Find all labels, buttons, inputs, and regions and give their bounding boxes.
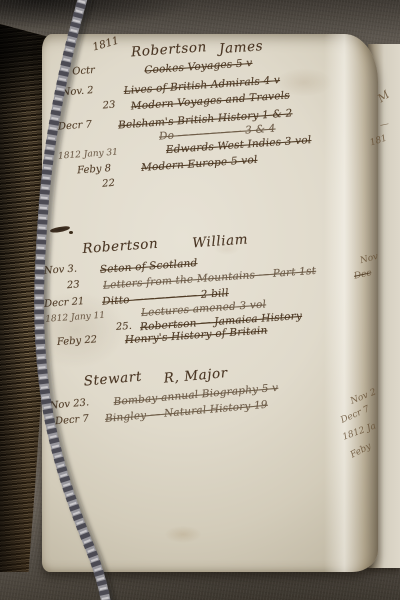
entry-date: Nov 3. bbox=[44, 263, 78, 276]
entry-date: 22 bbox=[102, 178, 115, 190]
entry-date: Feby 8 bbox=[77, 163, 112, 176]
section-header-given-name: William bbox=[192, 231, 249, 251]
section-header-given-name: James bbox=[218, 38, 263, 57]
entry-title: Modern Europe 5 vol bbox=[141, 154, 258, 174]
entry-date: Octr bbox=[72, 65, 95, 78]
entry-date: 1812 Jany 31 bbox=[58, 148, 118, 162]
ledger-section-robertson-william: Robertson William Nov 3. Seton of Scotla… bbox=[40, 222, 367, 354]
entry-date: 25. bbox=[116, 321, 133, 333]
entry-date: 1812 Jany 11 bbox=[45, 311, 105, 325]
ink-dot bbox=[69, 231, 73, 234]
facing-page-fragment: — bbox=[379, 119, 390, 131]
entry-date: Nov 23. bbox=[49, 397, 89, 411]
year-label: 1811 bbox=[91, 35, 120, 54]
entry-date: Nov. 2 bbox=[61, 85, 94, 98]
ledger-photograph: 1811 Robertson James Octr Cookes Voyages… bbox=[0, 0, 400, 600]
entry-title: Cookes Voyages 5 v bbox=[144, 57, 253, 77]
entry-date: Feby 22 bbox=[57, 334, 98, 348]
entry-date: Decr 21 bbox=[44, 296, 85, 310]
entry-date: Decr 7 bbox=[58, 119, 93, 132]
entry-date: Decr 7 bbox=[55, 413, 90, 427]
entry-date: 23 bbox=[67, 279, 80, 291]
ledger-section-robertson-james: 1811 Robertson James Octr Cookes Voyages… bbox=[50, 18, 376, 205]
section-header-surname: Stewart bbox=[83, 369, 143, 390]
section-header-surname: Robertson bbox=[131, 39, 208, 60]
section-header-given-name: R, Major bbox=[163, 365, 228, 387]
entry-date: 23 bbox=[102, 100, 115, 112]
